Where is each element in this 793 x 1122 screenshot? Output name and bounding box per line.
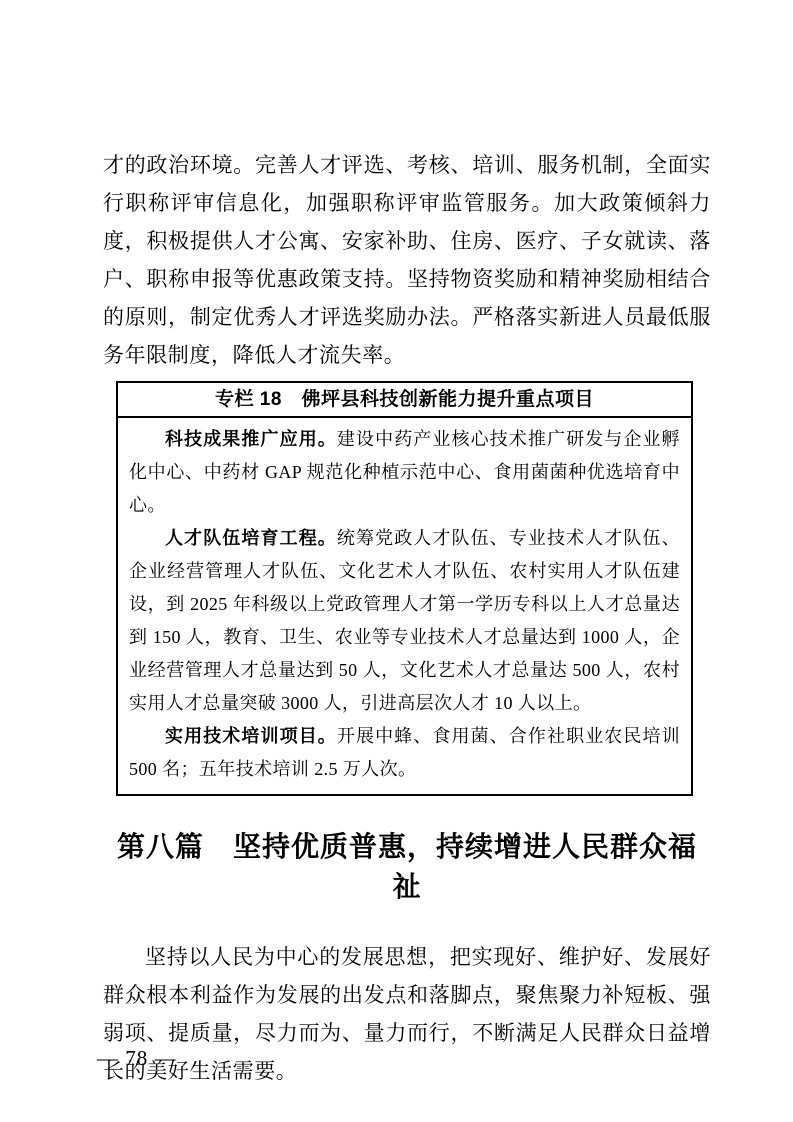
column-box-18: 专栏 18 佛坪县科技创新能力提升重点项目 科技成果推广应用。建设中药产业核心技… bbox=[116, 381, 693, 796]
section-heading-chapter8: 第八篇 坚持优质普惠，持续增进人民群众福祉 bbox=[103, 828, 711, 908]
column-box-body: 科技成果推广应用。建设中药产业核心技术推广研发与企业孵化中心、中药材 GAP 规… bbox=[118, 418, 691, 794]
box-item-lead: 实用技术培训项目。 bbox=[165, 726, 337, 746]
box-item-text: 统筹党政人才队伍、专业技术人才队伍、企业经营管理人才队伍、文化艺术人才队伍、农村… bbox=[129, 528, 680, 713]
column-box-title: 专栏 18 佛坪县科技创新能力提升重点项目 bbox=[118, 383, 691, 418]
page-content: 才的政治环境。完善人才评选、考核、培训、服务机制，全面实行职称评审信息化，加强职… bbox=[103, 146, 711, 1090]
page-number: — 78 — bbox=[97, 1046, 177, 1071]
box-item-practical-training: 实用技术培训项目。开展中蜂、食用菌、合作社职业农民培训 500 名；五年技术培训… bbox=[129, 720, 680, 786]
paragraph-people-centered: 坚持以人民为中心的发展思想，把实现好、维护好、发展好群众根本利益作为发展的出发点… bbox=[103, 938, 711, 1090]
box-item-tech-promotion: 科技成果推广应用。建设中药产业核心技术推广研发与企业孵化中心、中药材 GAP 规… bbox=[129, 423, 680, 522]
document-page: 才的政治环境。完善人才评选、考核、培训、服务机制，全面实行职称评审信息化，加强职… bbox=[0, 0, 793, 1122]
box-item-lead: 科技成果推广应用。 bbox=[165, 429, 337, 449]
box-item-lead: 人才队伍培育工程。 bbox=[165, 528, 337, 548]
box-item-talent-teams: 人才队伍培育工程。统筹党政人才队伍、专业技术人才队伍、企业经营管理人才队伍、文化… bbox=[129, 522, 680, 720]
paragraph-talent-policy: 才的政治环境。完善人才评选、考核、培训、服务机制，全面实行职称评审信息化，加强职… bbox=[103, 146, 711, 374]
